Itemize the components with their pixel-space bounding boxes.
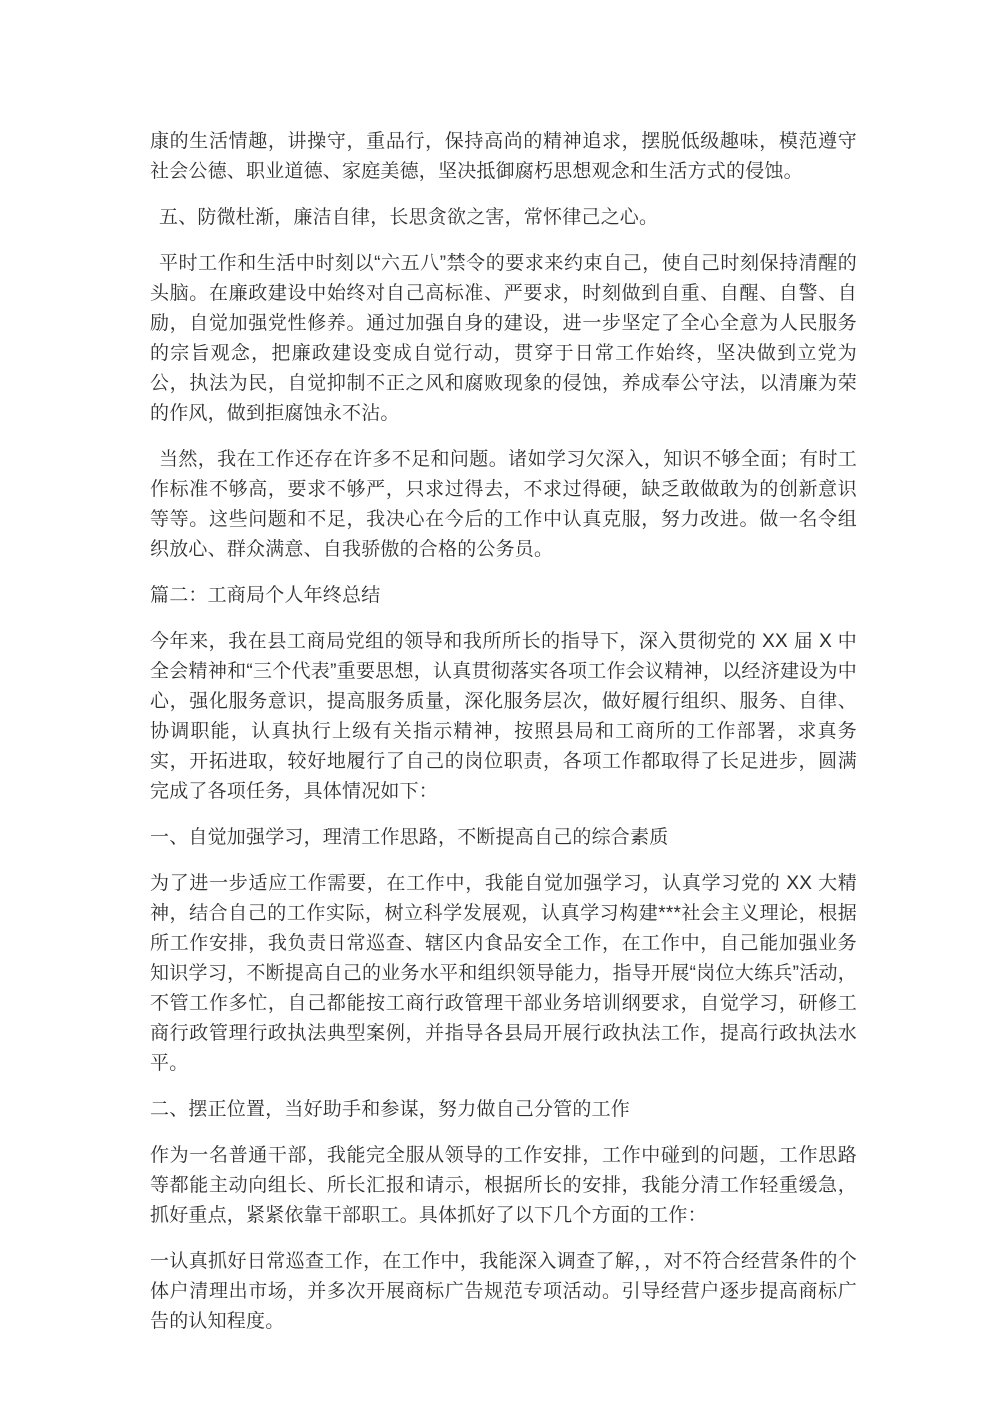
document-page: 康的生活情趣，讲操守，重品行，保持高尚的精神追求，摆脱低级趣味，模范遵守社会公德…	[0, 0, 1000, 1337]
paragraph-year-overview: 今年来，我在县工商局党组的领导和我所所长的指导下，深入贯彻党的 XX 届 X 中…	[150, 627, 857, 807]
heading-part-two: 篇二：工商局个人年终总结	[150, 581, 857, 611]
paragraph-integrity-discipline: 平时工作和生活中时刻以“六五八”禁令的要求来约束自己，使自己时刻保持清醒的头脑。…	[150, 249, 857, 429]
paragraph-assistant-role: 作为一名普通干部，我能完全服从领导的工作安排，工作中碰到的问题，工作思路等都能主…	[150, 1141, 857, 1231]
paragraph-strengthen-study: 为了进一步适应工作需要，在工作中，我能自觉加强学习，认真学习党的 XX 大精神，…	[150, 869, 857, 1079]
paragraph-daily-inspection: 一认真抓好日常巡查工作，在工作中，我能深入调查了解，，对不符合经营条件的个体户清…	[150, 1247, 857, 1337]
heading-point-two: 二、摆正位置，当好助手和参谋，努力做自己分管的工作	[150, 1095, 857, 1125]
heading-section-five: 五、防微杜渐，廉洁自律，长思贪欲之害，常怀律己之心。	[150, 203, 857, 233]
paragraph-shortcomings: 当然，我在工作还存在许多不足和问题。诸如学习欠深入，知识不够全面；有时工作标准不…	[150, 445, 857, 565]
heading-point-one: 一、自觉加强学习，理清工作思路，不断提高自己的综合素质	[150, 823, 857, 853]
paragraph-moral-cultivation: 康的生活情趣，讲操守，重品行，保持高尚的精神追求，摆脱低级趣味，模范遵守社会公德…	[150, 127, 857, 187]
